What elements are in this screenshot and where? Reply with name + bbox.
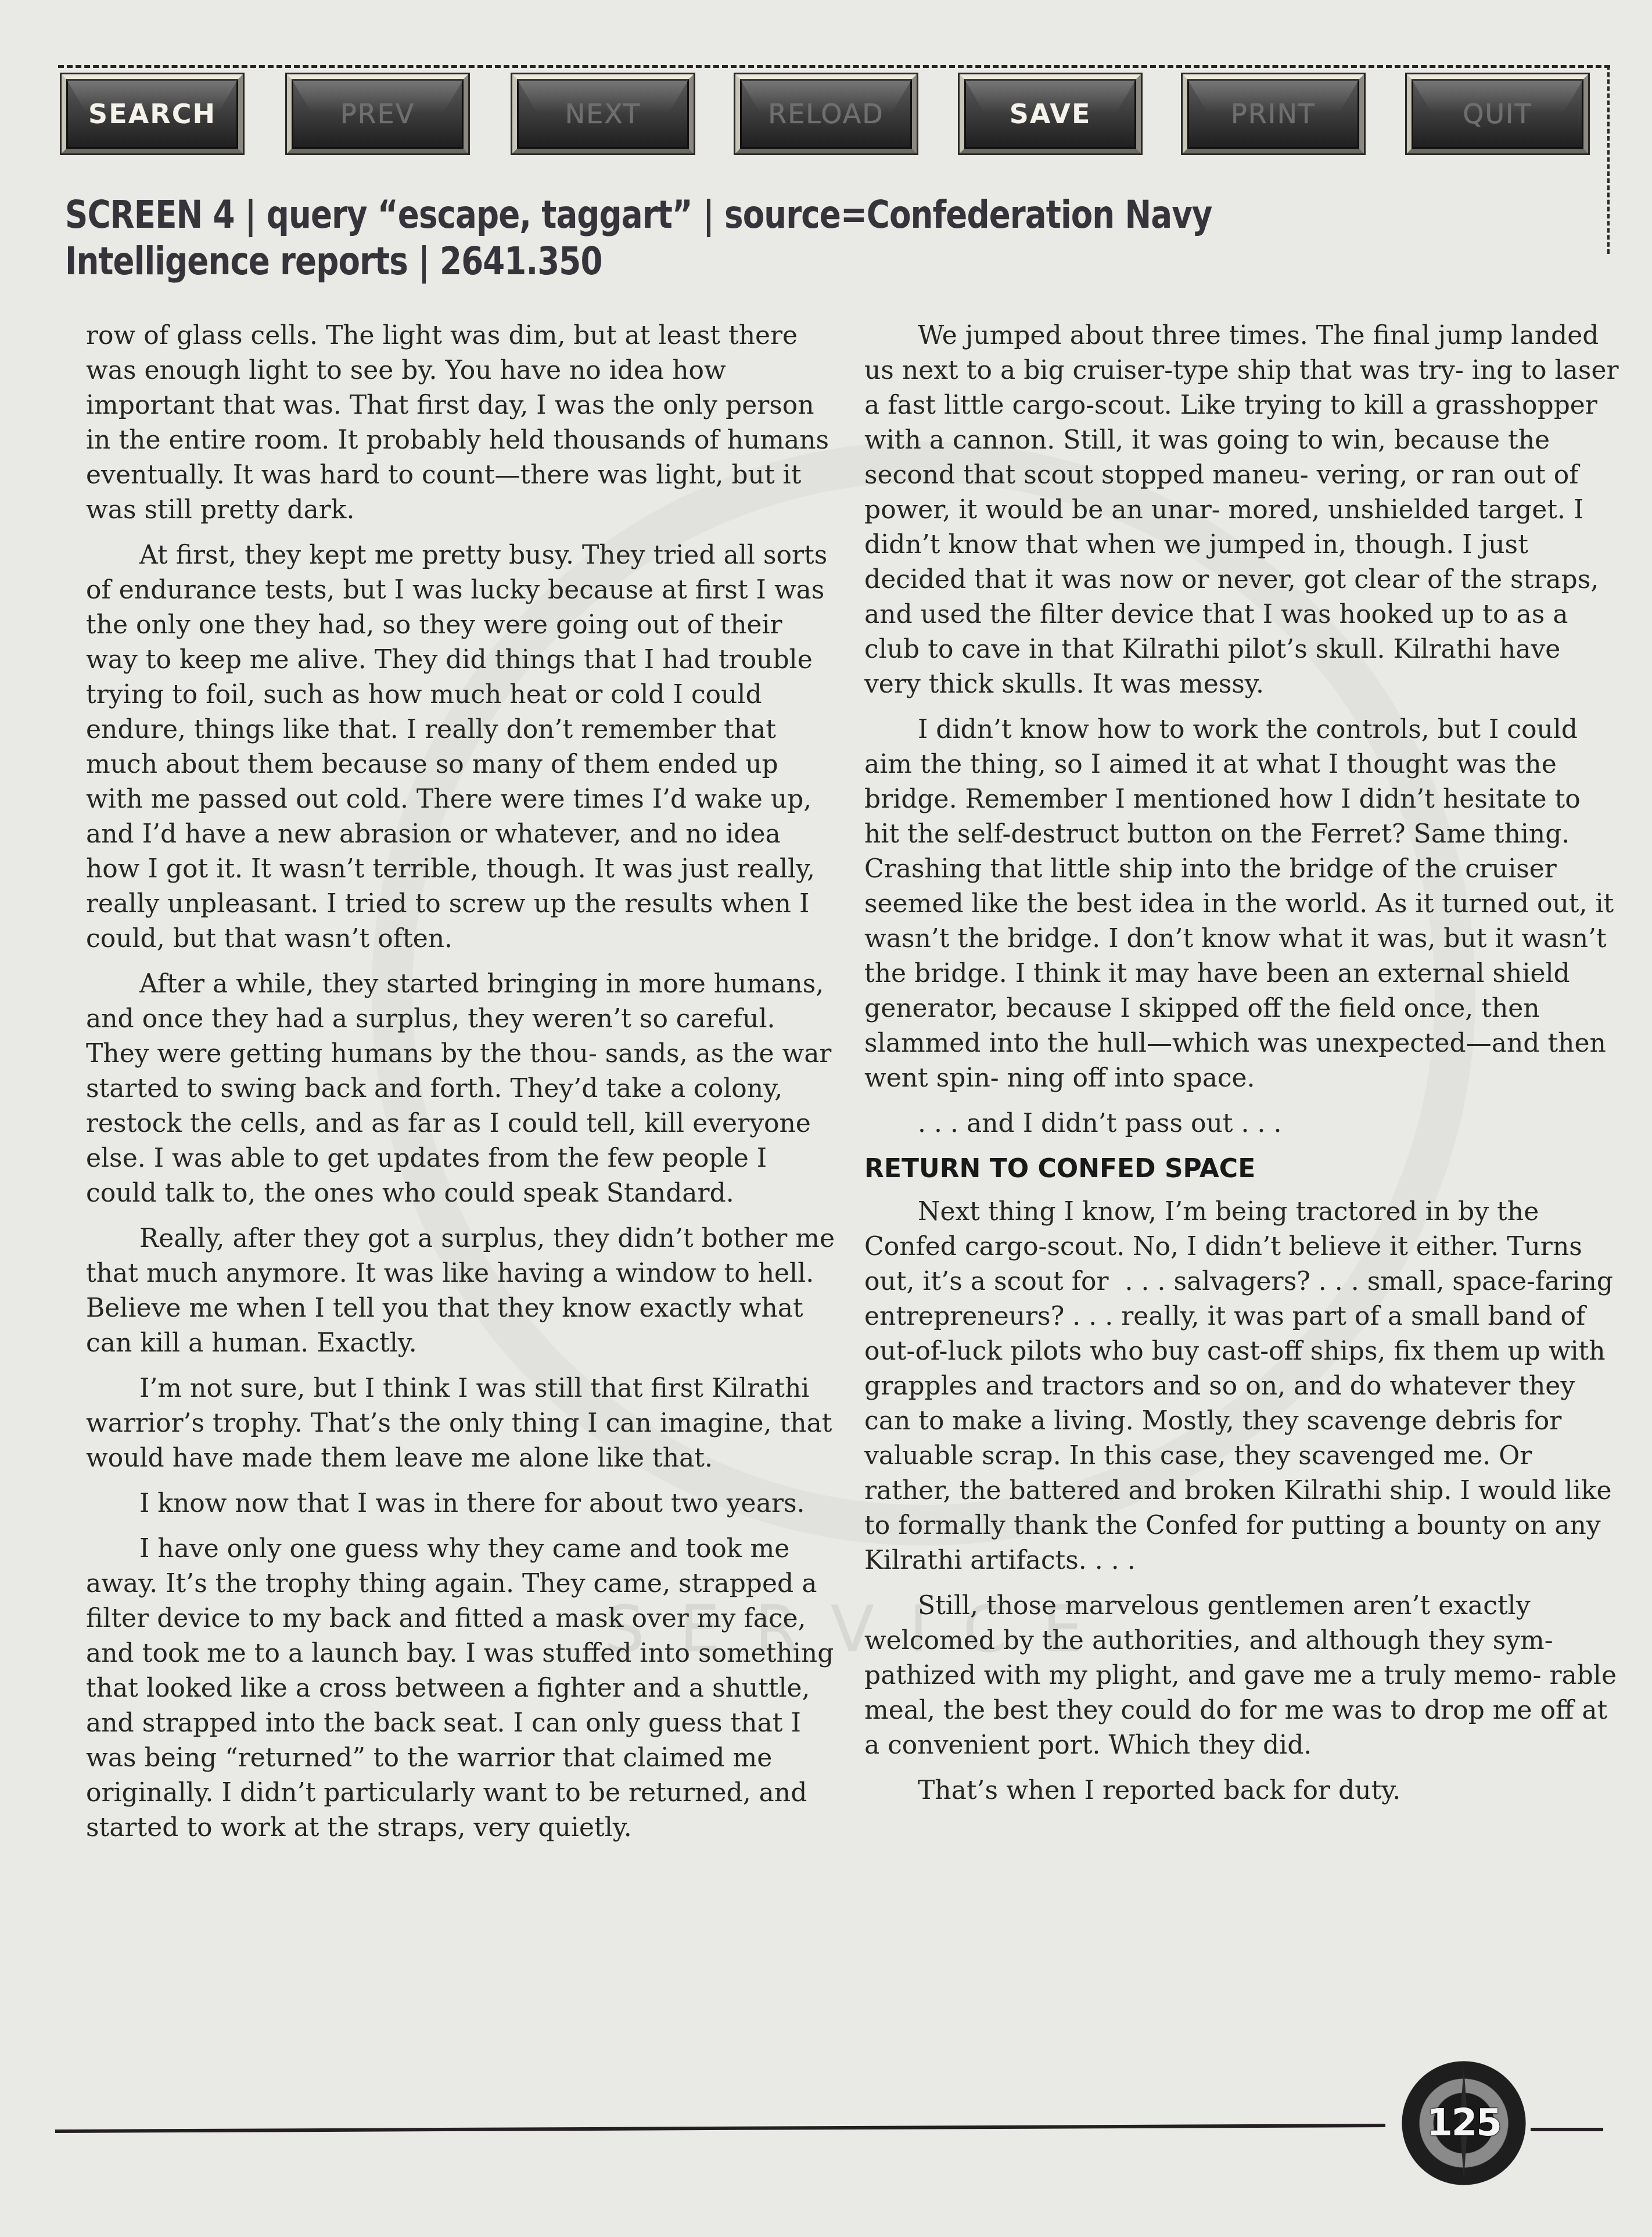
search-button-label: SEARCH [88, 98, 216, 130]
toolbar: SEARCH PREV NEXT RELOAD SAVE PRINT QUIT [62, 74, 1595, 159]
paragraph: That’s when I reported back for duty. [864, 1773, 1619, 1808]
save-button[interactable]: SAVE [960, 74, 1141, 153]
paragraph: At first, they kept me pretty busy. They… [86, 538, 841, 956]
paragraph: Really, after they got a surplus, they d… [86, 1221, 841, 1361]
page-title: SCREEN 4 | query “escape, taggart” | sou… [65, 192, 1433, 285]
next-button-label: NEXT [565, 98, 641, 130]
reload-button-label: RELOAD [768, 98, 884, 130]
next-button[interactable]: NEXT [512, 74, 694, 153]
quit-button[interactable]: QUIT [1407, 74, 1588, 153]
paragraph: Still, those marvelous gentlemen aren’t … [864, 1589, 1619, 1763]
right-column: We jumped about three times. The final j… [864, 318, 1619, 1819]
prev-button[interactable]: PREV [287, 74, 468, 153]
compass-star-emblem-icon: 125 [1402, 2061, 1526, 2185]
left-column: row of glass cells. The light was dim, b… [86, 318, 841, 1856]
save-button-label: SAVE [1010, 98, 1091, 130]
section-heading: RETURN TO CONFED SPACE [864, 1152, 1619, 1186]
dashed-frame-top [58, 65, 1610, 68]
paragraph: After a while, they started bringing in … [86, 967, 841, 1211]
reload-button[interactable]: RELOAD [735, 74, 917, 153]
paragraph: row of glass cells. The light was dim, b… [86, 318, 841, 528]
print-button[interactable]: PRINT [1183, 74, 1364, 153]
page-title-line-1: SCREEN 4 | query “escape, taggart” | sou… [65, 192, 1433, 238]
paragraph: . . . and I didn’t pass out . . . [864, 1106, 1619, 1141]
print-button-label: PRINT [1231, 98, 1316, 130]
paragraph: Next thing I know, I’m being tractored i… [864, 1195, 1619, 1578]
paragraph: I didn’t know how to work the controls, … [864, 712, 1619, 1096]
prev-button-label: PREV [340, 98, 415, 130]
paragraph: I know now that I was in there for about… [86, 1486, 841, 1521]
search-button[interactable]: SEARCH [62, 74, 243, 153]
page-number: 125 [1427, 2102, 1501, 2145]
footer-rule-right [1531, 2128, 1603, 2131]
paragraph: We jumped about three times. The final j… [864, 318, 1619, 702]
paragraph: I’m not sure, but I think I was still th… [86, 1371, 841, 1476]
paragraph: I have only one guess why they came and … [86, 1532, 841, 1845]
dashed-frame-right [1607, 65, 1610, 254]
quit-button-label: QUIT [1463, 98, 1532, 130]
page-title-line-2: Intelligence reports | 2641.350 [65, 238, 1433, 285]
footer-rule [55, 2124, 1385, 2133]
